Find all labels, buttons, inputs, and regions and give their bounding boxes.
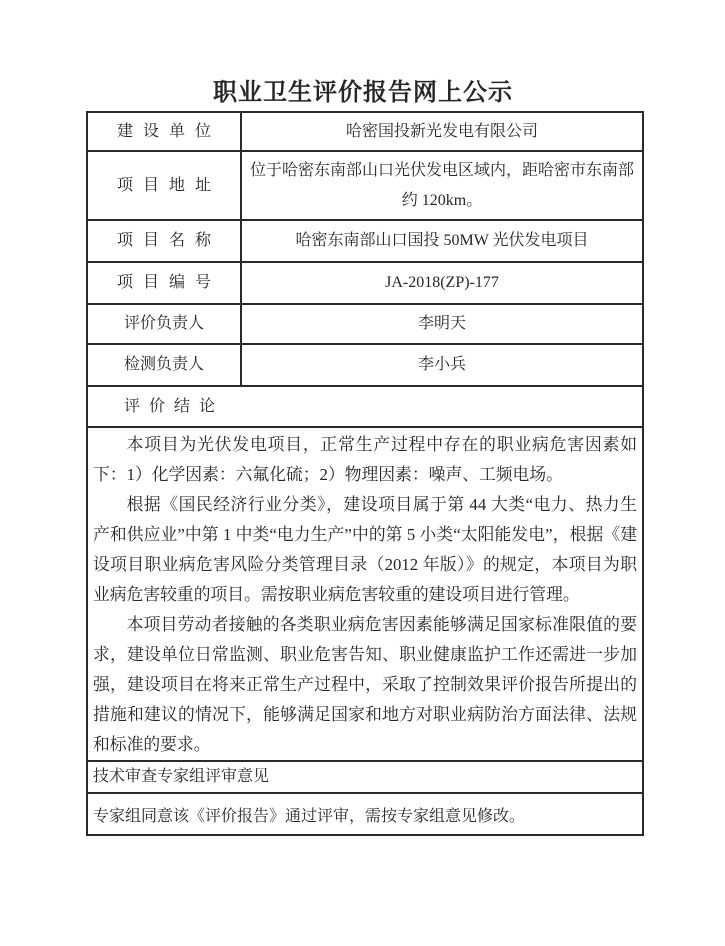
row-value-project-number: JA-2018(ZP)-177 bbox=[241, 262, 643, 304]
row-label-text: 建设单位 bbox=[107, 123, 221, 140]
row-value-evaluation-lead: 李明天 bbox=[241, 304, 643, 344]
table-row-review-label: 技术审查专家组评审意见 bbox=[87, 761, 643, 793]
conclusion-paragraph: 根据《国民经济行业分类》，建设项目属于第 44 大类“电力、热力生产和供应业”中… bbox=[93, 490, 637, 610]
conclusion-body: 本项目为光伏发电项目，正常生产过程中存在的职业病危害因素如下：1）化学因素：六氟… bbox=[87, 427, 643, 761]
table-row-review-opinion: 专家组同意该《评价报告》通过评审，需按专家组意见修改。 bbox=[87, 793, 643, 835]
table-row-conclusion-body: 本项目为光伏发电项目，正常生产过程中存在的职业病危害因素如下：1）化学因素：六氟… bbox=[87, 427, 643, 761]
row-label-evaluation-lead: 评价负责人 bbox=[87, 304, 241, 344]
row-value-project-address: 位于哈密东南部山口光伏发电区域内，距哈密市东南部约 120km。 bbox=[241, 151, 643, 220]
row-value-testing-lead: 李小兵 bbox=[241, 344, 643, 386]
row-label-text: 项目编号 bbox=[107, 274, 221, 291]
table-row-testing-lead: 检测负责人 李小兵 bbox=[87, 344, 643, 386]
conclusion-label: 评价结论 bbox=[87, 386, 643, 427]
table-row-construction-unit: 建设单位 哈密国投新光发电有限公司 bbox=[87, 112, 643, 151]
row-value-construction-unit: 哈密国投新光发电有限公司 bbox=[241, 112, 643, 151]
row-label-text: 项目名称 bbox=[107, 232, 221, 249]
conclusion-paragraph: 本项目劳动者接触的各类职业病危害因素能够满足国家标准限值的要求，建设单位日常监测… bbox=[93, 610, 637, 760]
page-title: 职业卫生评价报告网上公示 bbox=[85, 80, 641, 106]
notice-table: 建设单位 哈密国投新光发电有限公司 项目地址 位于哈密东南部山口光伏发电区域内，… bbox=[86, 111, 644, 836]
document-page: 职业卫生评价报告网上公示 建设单位 哈密国投新光发电有限公司 项目地址 位于哈密… bbox=[0, 0, 725, 836]
row-label-text: 项目地址 bbox=[107, 177, 221, 194]
table-row-conclusion-label: 评价结论 bbox=[87, 386, 643, 427]
table-row-evaluation-lead: 评价负责人 李明天 bbox=[87, 304, 643, 344]
conclusion-paragraph: 本项目为光伏发电项目，正常生产过程中存在的职业病危害因素如下：1）化学因素：六氟… bbox=[93, 430, 637, 490]
table-row-project-name: 项目名称 哈密东南部山口国投 50MW 光伏发电项目 bbox=[87, 220, 643, 262]
table-row-project-address: 项目地址 位于哈密东南部山口光伏发电区域内，距哈密市东南部约 120km。 bbox=[87, 151, 643, 220]
row-value-project-name: 哈密东南部山口国投 50MW 光伏发电项目 bbox=[241, 220, 643, 262]
review-label: 技术审查专家组评审意见 bbox=[87, 761, 643, 793]
review-opinion: 专家组同意该《评价报告》通过评审，需按专家组意见修改。 bbox=[87, 793, 643, 835]
table-row-project-number: 项目编号 JA-2018(ZP)-177 bbox=[87, 262, 643, 304]
row-label-project-address: 项目地址 bbox=[87, 151, 241, 220]
row-label-project-number: 项目编号 bbox=[87, 262, 241, 304]
row-label-construction-unit: 建设单位 bbox=[87, 112, 241, 151]
row-label-project-name: 项目名称 bbox=[87, 220, 241, 262]
row-label-testing-lead: 检测负责人 bbox=[87, 344, 241, 386]
